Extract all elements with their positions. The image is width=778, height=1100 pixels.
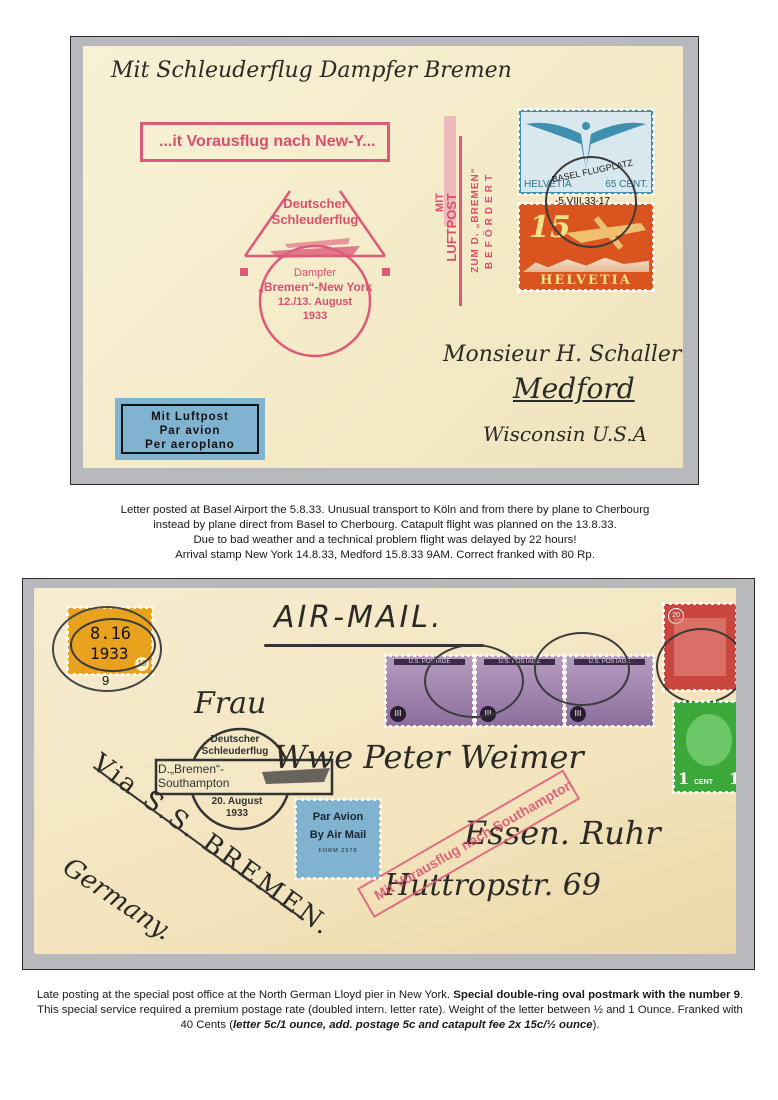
cachet-text: MIT LUFTPOST <box>434 193 458 363</box>
cachet-line: Schleuderflug <box>230 212 400 228</box>
cachet-text: ZUM D. „BREMEN“ BEFÖRDERT <box>469 135 497 305</box>
airmail-label-line: Mit Luftpost <box>123 410 257 424</box>
airmail-label-line: By Air Mail <box>296 824 380 846</box>
cover2: AIR-MAIL. 10 8.16 1933 9 U.S. POSTAGE II… <box>22 578 755 970</box>
cover2-ny-postmark <box>534 632 630 706</box>
cover1-envelope: Mit Schleuderflug Dampfer Bremen ...it V… <box>83 46 683 468</box>
cachet-line: 1933 <box>230 309 400 323</box>
cover2-envelope: AIR-MAIL. 10 8.16 1933 9 U.S. POSTAGE II… <box>34 588 736 954</box>
mountains <box>523 256 649 272</box>
cover2-outer-postmark: 9 <box>52 606 162 692</box>
cover1: Mit Schleuderflug Dampfer Bremen ...it V… <box>70 36 699 485</box>
cover1-handwritten-header: Mit Schleuderflug Dampfer Bremen <box>111 58 512 83</box>
cover2-air-mail-header: AIR-MAIL. <box>274 600 444 635</box>
airmail-label-line: Par avion <box>123 424 257 438</box>
cover1-airmail-label: Mit Luftpost Par avion Per aeroplano <box>115 398 265 460</box>
cover2-stamp-green: 1 CENT 1 <box>674 702 736 792</box>
cover2-address-line1: Frau <box>194 686 266 721</box>
cachet-divider <box>459 136 462 306</box>
cover2-ny-postmark <box>424 644 524 718</box>
cover1-basel-postmark: -5.VIII.33-17 BASEL FLUGPLATZ <box>545 156 637 248</box>
cover2-airmail-label: Par Avion By Air Mail FORM 2978 <box>296 800 380 878</box>
caption-cover1: Letter posted at Basel Airport the 5.8.3… <box>60 503 710 563</box>
cover1-vorausflug-cachet: ...it Vorausflug nach New-Y... <box>140 122 390 162</box>
cachet-line: 12./13. August <box>230 295 400 309</box>
cachet-line: Deutscher <box>230 196 400 212</box>
franklin-portrait <box>686 714 732 766</box>
cover1-catapult-cachet-text: Deutscher Schleuderflug Dampfer „Bremen“… <box>230 196 400 323</box>
caption-cover2: Late posting at the special post office … <box>36 988 744 1033</box>
cover2-address-line2: Wwe Peter Weimer <box>274 738 584 776</box>
cover1-luftpost-cachet: MIT LUFTPOST ZUM D. „BREMEN“ BEFÖRDERT <box>433 116 503 306</box>
cover1-address-line3: Wisconsin U.S.A <box>483 422 647 446</box>
cover2-red-stamp-postmark <box>656 628 736 704</box>
cover1-address-line1: Monsieur H. Schaller <box>443 342 681 367</box>
airmail-label-line: Per aeroplano <box>123 438 257 452</box>
cachet-line: „Bremen“-New York <box>230 280 400 295</box>
cover2-country: Germany. <box>57 852 177 947</box>
cover1-address-line2: Medford <box>513 372 635 405</box>
cachet-line: Dampfer <box>230 266 400 280</box>
header-underline <box>264 644 484 647</box>
airmail-label-line: FORM 2978 <box>296 846 380 856</box>
airmail-label-line: Par Avion <box>296 810 380 824</box>
